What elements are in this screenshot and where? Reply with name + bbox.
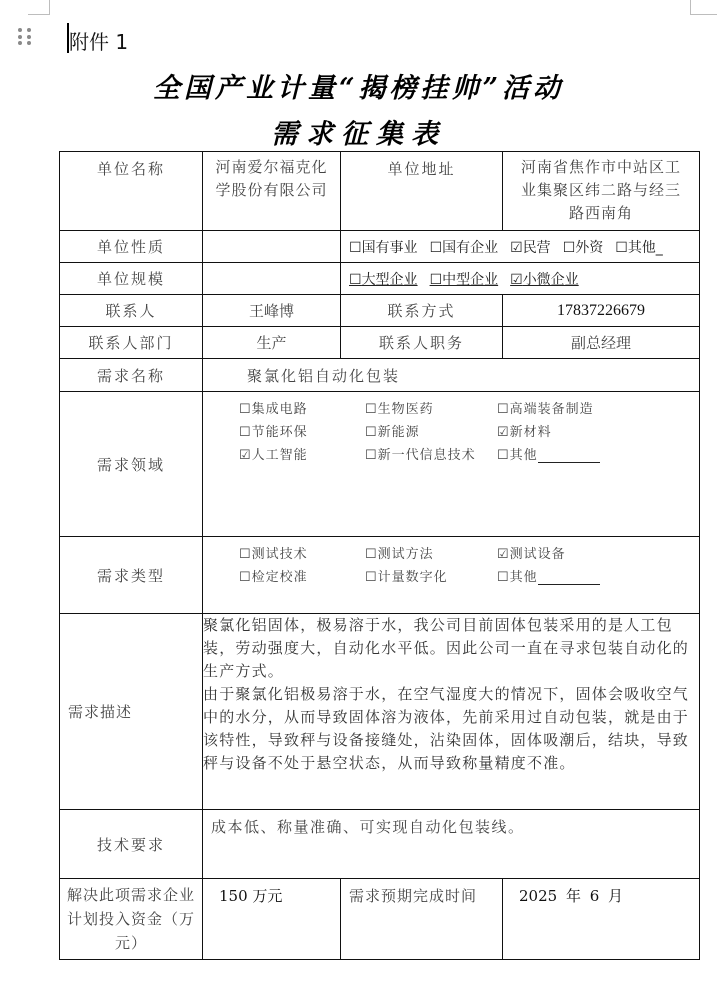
unit-address-value[interactable]: 河南省焦作市中站区工业集聚区纬二路与经三路西南角 — [503, 152, 700, 231]
page-corner-mark-left — [28, 0, 50, 15]
type-option-other[interactable]: ☐其他 — [497, 566, 647, 585]
unit-nature-options: ☐国有事业 ☐国有企业 ☑民营 ☐外资 ☐其他_ — [341, 231, 700, 263]
field-option-ic[interactable]: ☐集成电路 — [239, 398, 365, 417]
type-option-test-equipment[interactable]: ☑测试设备 — [497, 543, 647, 562]
nature-option-state-owned-enterprise[interactable]: ☐国有企业 — [430, 237, 499, 257]
unit-name-label: 单位名称 — [60, 152, 203, 231]
contact-dept-label: 联系人部门 — [60, 327, 203, 359]
contact-method-value[interactable]: 17837226679 — [503, 295, 700, 327]
scale-option-medium[interactable]: ☐中型企业 — [430, 269, 499, 289]
attachment-label: 附件 1 — [69, 26, 128, 55]
unit-address-label: 单位地址 — [341, 152, 503, 231]
field-other-blank[interactable] — [538, 450, 600, 463]
unit-nature-label: 单位性质 — [60, 231, 203, 263]
demand-field-label: 需求领域 — [60, 392, 203, 537]
nature-option-other[interactable]: ☐其他_ — [615, 237, 663, 257]
field-option-next-gen-it[interactable]: ☐新一代信息技术 — [365, 444, 497, 463]
demand-desc-para2: 由于聚氯化铝极易溶于水，在空气湿度大的情况下，固体会吸收空气中的水分，从而导致固… — [203, 683, 699, 775]
scale-option-large[interactable]: ☐大型企业 — [349, 269, 418, 289]
page-corner-mark-right — [690, 0, 717, 15]
contact-method-label: 联系方式 — [341, 295, 503, 327]
type-option-calibration[interactable]: ☐检定校准 — [239, 566, 365, 585]
contact-person-label: 联系人 — [60, 295, 203, 327]
tech-req-label: 技术要求 — [60, 810, 203, 879]
unit-name-value[interactable]: 河南爱尔福克化学股份有限公司 — [203, 152, 341, 231]
unit-scale-options: ☐大型企业 ☐中型企业 ☑小微企业 — [341, 263, 700, 295]
type-option-test-tech[interactable]: ☐测试技术 — [239, 543, 365, 562]
completion-value[interactable]: 2025 年 6 月 — [503, 879, 700, 960]
demand-type-label: 需求类型 — [60, 537, 203, 614]
field-option-high-end-equipment[interactable]: ☐高端装备制造 — [497, 398, 647, 417]
field-option-ai[interactable]: ☑人工智能 — [239, 444, 365, 463]
tech-req-value[interactable]: 成本低、称量准确、可实现自动化包装线。 — [203, 810, 700, 879]
nature-option-private[interactable]: ☑民营 — [510, 237, 551, 257]
contact-person-value[interactable]: 王峰博 — [203, 295, 341, 327]
demand-name-value[interactable]: 聚氯化铝自动化包装 — [203, 359, 700, 392]
unit-scale-label: 单位规模 — [60, 263, 203, 295]
demand-desc-label: 需求描述 — [60, 614, 203, 810]
unit-nature-empty[interactable] — [203, 231, 341, 263]
contact-dept-value[interactable]: 生产 — [203, 327, 341, 359]
demand-type-options: ☐测试技术 ☐测试方法 ☑测试设备 ☐检定校准 ☐计量数字化 ☐其他 — [203, 537, 700, 614]
field-option-biomed[interactable]: ☐生物医药 — [365, 398, 497, 417]
demand-desc-value[interactable]: 聚氯化铝固体，极易溶于水，我公司目前固体包装采用的是人工包装，劳动强度大，自动化… — [203, 614, 700, 810]
field-option-new-energy[interactable]: ☐新能源 — [365, 421, 497, 440]
field-option-new-materials[interactable]: ☑新材料 — [497, 421, 647, 440]
field-option-energy-saving[interactable]: ☐节能环保 — [239, 421, 365, 440]
investment-value[interactable]: 150 万元 — [203, 879, 341, 960]
contact-position-value[interactable]: 副总经理 — [503, 327, 700, 359]
demand-field-options: ☐集成电路 ☐生物医药 ☐高端装备制造 ☐节能环保 ☐新能源 ☑新材料 ☑人工智… — [203, 392, 700, 537]
nature-option-foreign[interactable]: ☐外资 — [563, 237, 604, 257]
nature-option-state-owned-institution[interactable]: ☐国有事业 — [349, 237, 418, 257]
field-option-other[interactable]: ☐其他 — [497, 444, 647, 463]
investment-label: 解决此项需求企业计划投入资金（万元） — [60, 879, 203, 960]
demand-form-table: 单位名称 河南爱尔福克化学股份有限公司 单位地址 河南省焦作市中站区工业集聚区纬… — [59, 151, 700, 960]
demand-name-label: 需求名称 — [60, 359, 203, 392]
doc-title: 全国产业计量“揭榜挂帅”活动 — [0, 66, 717, 105]
demand-desc-para1: 聚氯化铝固体，极易溶于水，我公司目前固体包装采用的是人工包装，劳动强度大，自动化… — [203, 614, 699, 683]
unit-scale-empty[interactable] — [203, 263, 341, 295]
type-other-blank[interactable] — [538, 572, 600, 585]
scale-option-small-micro[interactable]: ☑小微企业 — [510, 269, 579, 289]
drag-handle-icon[interactable] — [18, 28, 32, 46]
type-option-test-method[interactable]: ☐测试方法 — [365, 543, 497, 562]
completion-label: 需求预期完成时间 — [341, 879, 503, 960]
type-option-digital-metrology[interactable]: ☐计量数字化 — [365, 566, 497, 585]
doc-subtitle: 需求征集表 — [0, 112, 717, 151]
contact-position-label: 联系人职务 — [341, 327, 503, 359]
